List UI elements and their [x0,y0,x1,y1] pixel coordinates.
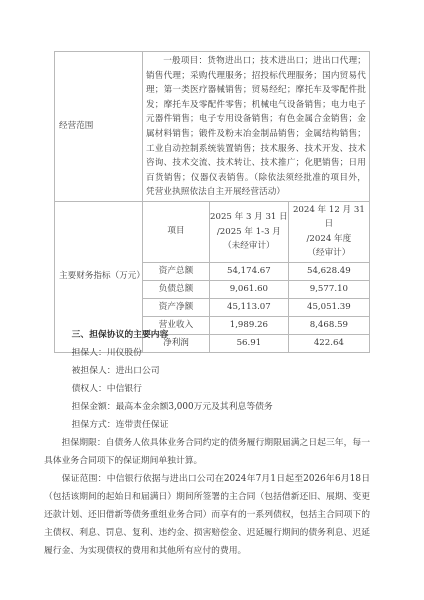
row-fy-2024: 9,577.10 [288,280,369,298]
row-fy-2024: 45,051.39 [288,298,369,316]
guarantor-line: 担保人：川仪股份 [54,344,372,362]
row-q1-2025: 54,174.67 [210,262,289,280]
guarantee-amount-line: 担保金额：最高本金余额3,000万元及其利息等债务 [54,398,372,416]
fy-2024-header-line1: 2024 年 12 月 31 日 [289,203,369,232]
row-name: 资产净额 [143,298,210,316]
fy-2024-header-line2: /2024 年度 [289,232,369,246]
business-scope-label: 经营范围 [55,52,143,202]
fy-2024-header: 2024 年 12 月 31 日 /2024 年度 （经审计） [288,201,369,262]
item-header: 项目 [143,201,210,262]
row-q1-2025: 45,113.07 [210,298,289,316]
q1-2025-header-line1: 2025 年 3 月 31 日 [210,210,288,224]
guaranteed-party-line: 被担保人：进出口公司 [54,362,372,380]
document-page: 经营范围 一般项目：货物进出口；技术进出口；进出口代理；销售代理；采购代理服务；… [0,0,424,600]
creditor-line: 债权人：中信银行 [54,380,372,398]
guarantee-agreement-section: 三、担保协议的主要内容 担保人：川仪股份 被担保人：进出口公司 债权人：中信银行… [54,326,372,560]
q1-2025-header-line3: （未经审计） [210,239,288,253]
fy-2024-header-line3: （经审计） [289,246,369,260]
row-name: 资产总额 [143,262,210,280]
business-scope-text: 一般项目：货物进出口；技术进出口；进出口代理；销售代理；采购代理服务；招投标代理… [143,52,370,202]
financials-header-row: 主要财务指标（万元） 项目 2025 年 3 月 31 日 /2025 年 1-… [55,201,370,262]
business-scope-row: 经营范围 一般项目：货物进出口；技术进出口；进出口代理；销售代理；采购代理服务；… [55,52,370,202]
company-info-table: 经营范围 一般项目：货物进出口；技术进出口；进出口代理；销售代理；采购代理服务；… [54,51,370,353]
row-q1-2025: 9,061.60 [210,280,289,298]
guarantee-method-line: 担保方式：连带责任保证 [54,416,372,434]
section-title: 三、担保协议的主要内容 [54,326,372,344]
q1-2025-header-line2: /2025 年 1-3 月 [210,225,288,239]
guarantee-period-paragraph: 担保期限：自债务人依具体业务合同约定的债务履行期限届满之日起三年，每一具体业务合… [44,434,370,470]
guarantee-scope-paragraph: 保证范围：中信银行依据与进出口公司在2024年7月1日起至2026年6月18日（… [44,470,370,560]
q1-2025-header: 2025 年 3 月 31 日 /2025 年 1-3 月 （未经审计） [210,201,289,262]
row-name: 负债总额 [143,280,210,298]
row-fy-2024: 54,628.49 [288,262,369,280]
